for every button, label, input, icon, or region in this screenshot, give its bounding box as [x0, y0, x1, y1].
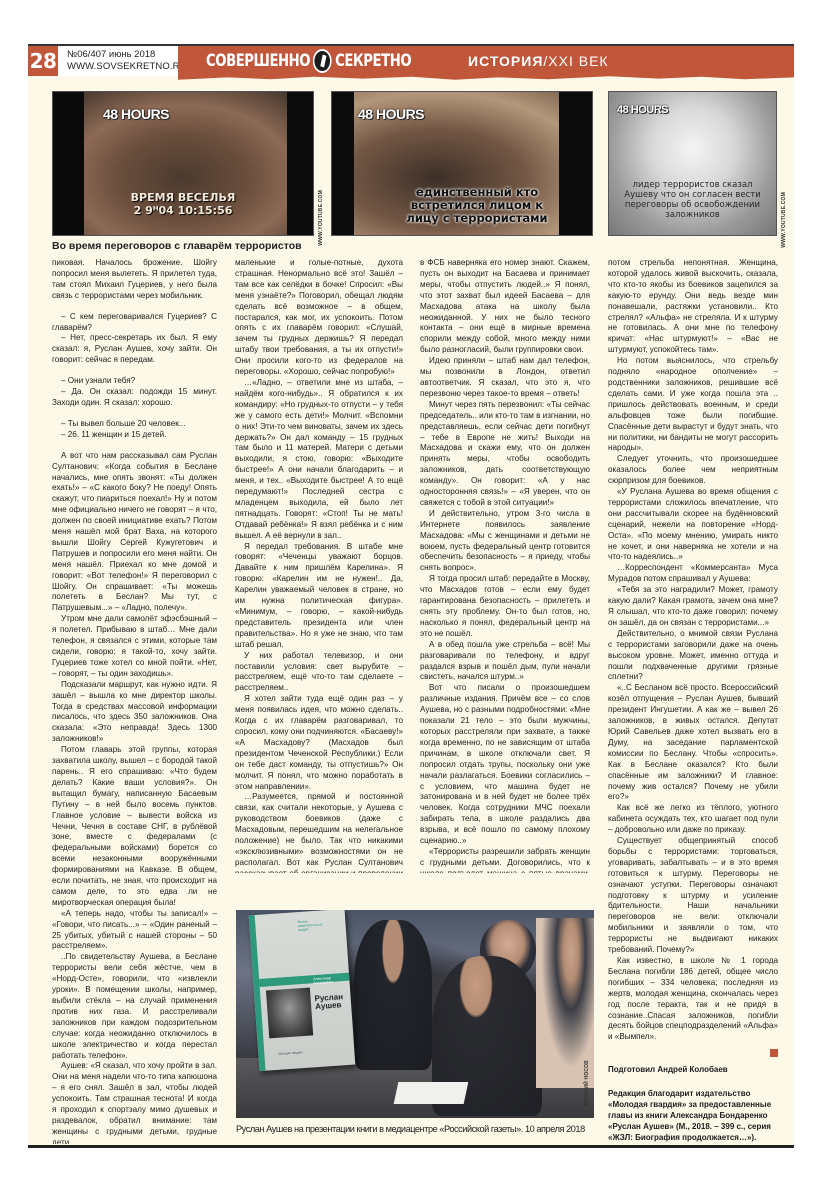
article-column-4: потом стрельба непонятная. Женщина, кото…: [608, 258, 778, 1144]
photo-credit-youtube: WWW.YOUTUBE.COM: [318, 190, 324, 246]
article-column-2: маленькие и голые-потные, духота страшна…: [235, 258, 403, 873]
byline: Подготовил Андрей Колобаев: [608, 1065, 778, 1076]
video-overlay-text: лидер террористов сказал Аушеву что он с…: [609, 180, 776, 220]
article-paragraph: ..По свидетельству Аушева, в Беслане тер…: [52, 952, 217, 1061]
video-overlay-text: единственный кто встретился лицом к лицу…: [332, 186, 592, 225]
watermark-48-hours: 48 HOURS: [358, 106, 424, 122]
article-paragraph: Минут через пять перезвонил: «Ты сейчас …: [420, 400, 590, 509]
section-title: ИСТОРИЯ/XXI ВЕК: [468, 53, 609, 69]
book-publisher: Молодая гвардия: [278, 1050, 303, 1056]
article-paragraph: Вот что писали о произошедшем различные …: [420, 683, 590, 847]
book-title-line: Аушев: [315, 1001, 344, 1011]
website-link[interactable]: WWW.SOVSEKRETNO.RU: [67, 61, 178, 73]
page-number: 28: [28, 46, 58, 76]
logo-emblem-icon: [313, 49, 332, 73]
logo-text-left: СОВЕРШЕННО: [206, 51, 310, 71]
article-paragraph: …Корреспондент «Коммерсанта» Муса Мурадо…: [608, 563, 778, 585]
article-paragraph: Идею приняли – штаб нам дал телефон, мы …: [420, 356, 590, 400]
article-paragraph: – 26. 11 женщин и 15 детей.: [52, 430, 217, 441]
article-paragraph: потом стрельба непонятная. Женщина, кото…: [608, 258, 778, 356]
article-paragraph: – Да. Он сказал: подожди 15 минут. Заход…: [52, 387, 217, 409]
article-paragraph: Но потом выяснилось, что стрельбу поднял…: [608, 356, 778, 454]
video-overlay-text: ВРЕМЯ ВЕСЕЛЬЯ 2 9ᴴ04 10:15:56: [53, 191, 313, 217]
publisher-credits: Редакция благодарит издательство «Молода…: [608, 1088, 778, 1143]
article-paragraph: в ФСБ наверняка его номер знают. Скажем,…: [420, 258, 590, 356]
overlay-line: лидер террористов сказал: [609, 180, 776, 190]
overlay-line: лицу с террористами: [362, 212, 592, 225]
masthead-logo: СОВЕРШЕННО СЕКРЕТНО: [206, 50, 411, 72]
photo-credit-youtube: WWW.YOUTUBE.COM: [781, 192, 787, 248]
article-paragraph: – Нет, пресс-секретарь их был. Я ему ска…: [52, 333, 217, 366]
article-paragraph: Как известно, в школе № 1 города Беслана…: [608, 956, 778, 1043]
overlay-line: заложников: [609, 210, 776, 220]
article-paragraph: «А теперь надо, чтобы ты записал!» – «Го…: [52, 909, 217, 953]
book-portrait: [266, 987, 313, 1038]
watermark-48-hours: 48 HOURS: [103, 106, 169, 122]
video-still-3: 48 HOURS лидер террористов сказал Аушеву…: [608, 91, 777, 236]
book-presentation-photo: Жизнь замечательных людей Александр Бонд…: [236, 910, 594, 1118]
book-author: Александр Бондаренко: [313, 975, 349, 985]
masthead-band: СОВЕРШЕННО СЕКРЕТНО ИСТОРИЯ/XXI ВЕК: [178, 46, 794, 76]
article-paragraph: – Ты вывел больше 20 человек...: [52, 419, 217, 430]
section-sub: /XXI ВЕК: [543, 53, 608, 69]
book-series: Жизнь замечательных людей: [297, 918, 328, 932]
issue-info: №06/407 июнь 2018 WWW.SOVSEKRETNO.RU: [58, 46, 178, 76]
signed-book: [394, 1082, 469, 1104]
article-paragraph: Я передал требования. В штабе мне говоря…: [235, 542, 403, 651]
article-paragraph: «Тебя за это наградили? Может, грамоту к…: [608, 585, 778, 629]
article-paragraph: Следует уточнить, что произошедшее оказа…: [608, 454, 778, 487]
article-column-1: пиковая. Началось брожение. Шойгу попрос…: [52, 258, 217, 1144]
video-still-2: 48 HOURS единственный кто встретился лиц…: [331, 91, 593, 236]
article-paragraph: Утром мне дали самолёт эфэсбэшный – я по…: [52, 614, 217, 679]
book-title: Руслан Аушев: [314, 993, 343, 1011]
page-bottom-rule: [28, 1145, 794, 1148]
article-paragraph: – С кем переговаривался Гуцериев? С глав…: [52, 312, 217, 334]
video-still-1: 48 HOURS ВРЕМЯ ВЕСЕЛЬЯ 2 9ᴴ04 10:15:56: [52, 91, 314, 236]
overlay-line: ВРЕМЯ ВЕСЕЛЬЯ: [53, 191, 313, 204]
article-paragraph: – Они узнали тебя?: [52, 376, 217, 387]
bottom-photo-caption: Руслан Аушев на презентации книги в меди…: [236, 1124, 596, 1134]
logo-text-right: СЕКРЕТНО: [335, 51, 411, 71]
section-main: ИСТОРИЯ: [468, 53, 543, 69]
article-paragraph: А вот что нам рассказывал сам Руслан Сул…: [52, 451, 217, 615]
article-paragraph: Я хотел зайти туда ещё один раз – у меня…: [235, 694, 403, 792]
photo-credit-nosov: ВИТАЛИЙ НОСОВ: [584, 1060, 590, 1107]
overlay-line: переговоры об освобождении: [609, 200, 776, 210]
article-paragraph: «У Руслана Аушева во время общения с тер…: [608, 487, 778, 563]
end-of-article-marker: [770, 1049, 778, 1057]
overlay-line: 2 9ᴴ04 10:15:56: [53, 204, 313, 217]
page-header: 28 №06/407 июнь 2018 WWW.SOVSEKRETNO.RU …: [28, 44, 794, 76]
article-paragraph: Потом главарь этой группы, которая захва…: [52, 745, 217, 909]
photo-person: [354, 920, 432, 1070]
article-column-3: в ФСБ наверняка его номер знают. Скажем,…: [420, 258, 590, 873]
article-paragraph: У них работал телевизор, и они поставили…: [235, 651, 403, 695]
book-spine: [249, 915, 266, 1071]
column-4-body: потом стрельба непонятная. Женщина, кото…: [608, 258, 778, 1043]
article-paragraph: Как всё же легко из тёплого, уютного каб…: [608, 803, 778, 836]
article-paragraph: маленькие и голые-потные, духота страшна…: [235, 258, 403, 378]
article-paragraph: …Разумеется, прямой и постоянной связи, …: [235, 792, 403, 873]
article-paragraph: «Террористы разрешили забрать женщин с г…: [420, 847, 590, 873]
article-paragraph: Существует общепринятый способ борьбы с …: [608, 836, 778, 956]
article-paragraph: Подсказали маршрут, как нужно идти. Я за…: [52, 680, 217, 745]
top-photo-caption: Во время переговоров с главарём террорис…: [52, 240, 302, 252]
article-paragraph: «..С Бесланом всё просто. Всероссийский …: [608, 683, 778, 803]
overlay-line: Аушеву что он согласен вести: [609, 190, 776, 200]
article-paragraph: пиковая. Началось брожение. Шойгу попрос…: [52, 258, 217, 302]
book-cover: Жизнь замечательных людей Александр Бонд…: [249, 910, 356, 1071]
article-paragraph: А в обед пошла уже стрельба – всё! Мы ра…: [420, 640, 590, 684]
article-paragraph: И действительно, утром 3-го числа в Инте…: [420, 509, 590, 574]
article-paragraph: Аушев: «Я сказал, что хочу пройти в зал.…: [52, 1061, 217, 1144]
article-paragraph: …«Ладно, – ответили мне из штаба, – найд…: [235, 378, 403, 542]
article-paragraph: Я тогда просил штаб: передайте в Москву,…: [420, 574, 590, 639]
watermark-48-hours: 48 HOURS: [617, 104, 668, 116]
article-paragraph: Действительно, о мнимой связи Руслана с …: [608, 629, 778, 684]
issue-number: №06/407 июнь 2018: [67, 49, 178, 61]
